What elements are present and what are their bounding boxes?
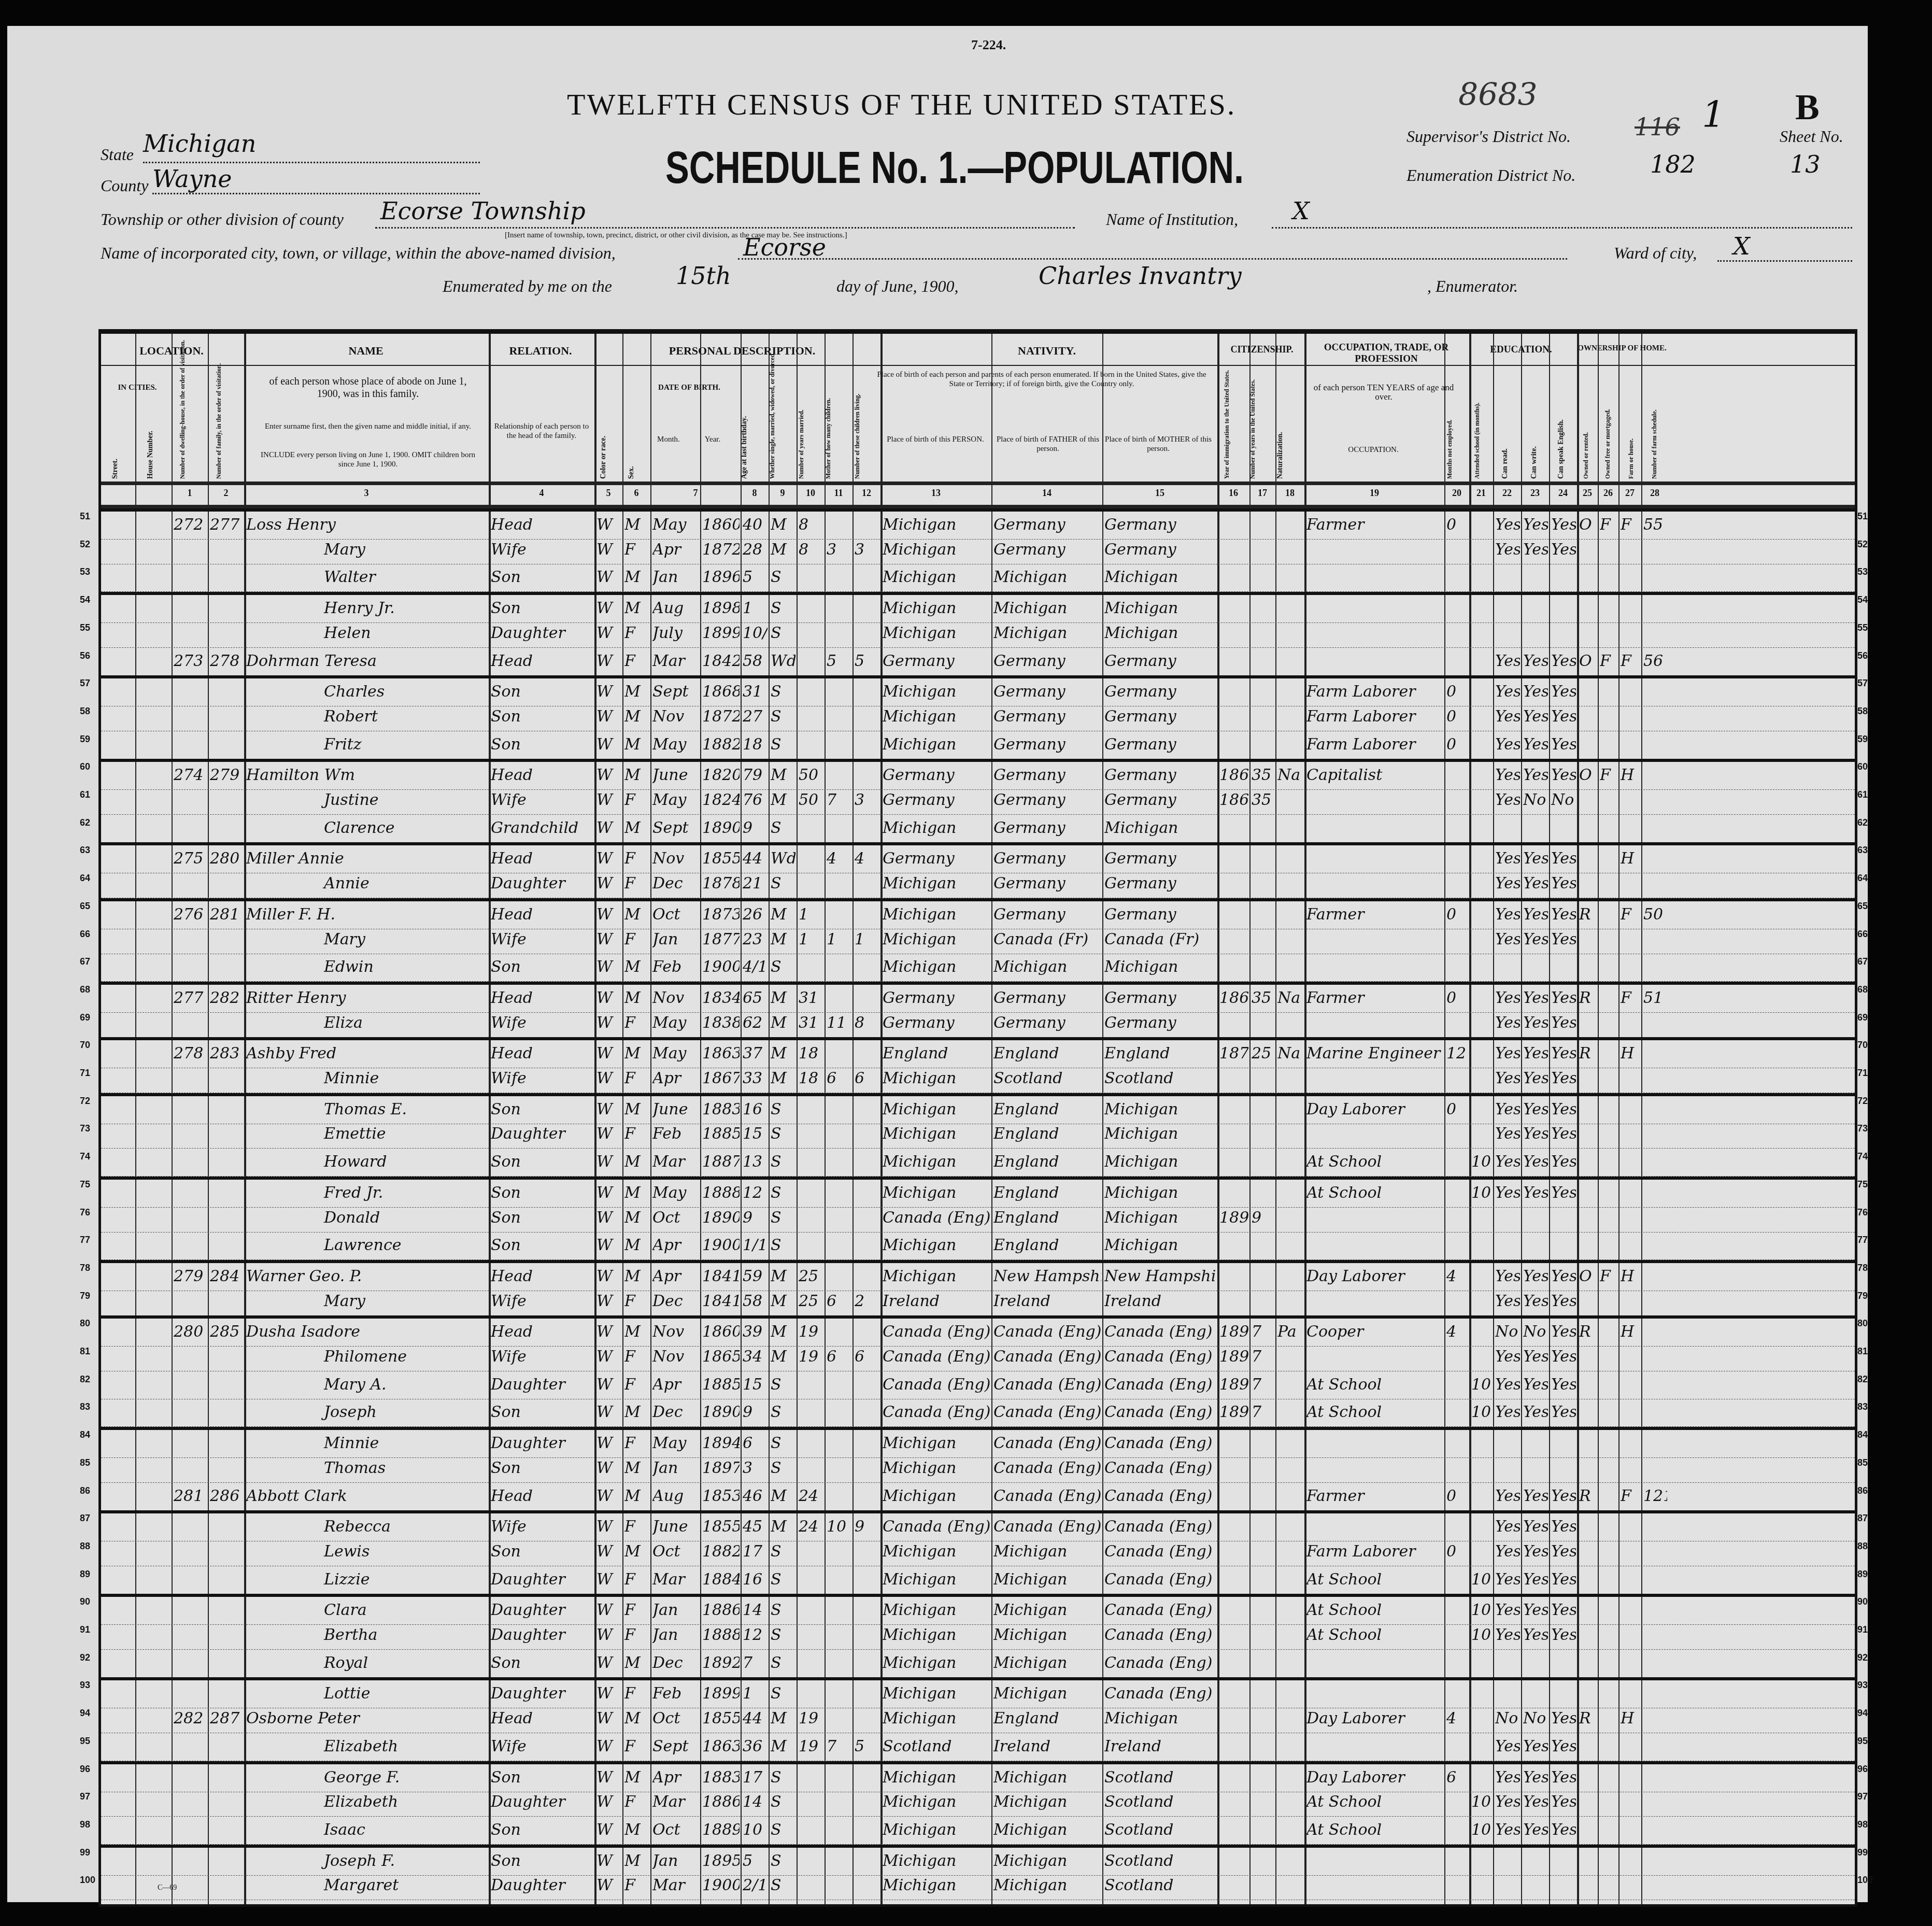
cell-relation: Head — [491, 652, 593, 670]
cell-occupation: At School — [1306, 1793, 1443, 1811]
cell-read: Yes — [1495, 516, 1520, 534]
cell-ym: 50 — [799, 791, 823, 809]
cell-nat: Na — [1277, 1044, 1303, 1063]
cell-read: Yes — [1495, 1184, 1520, 1202]
cell-mother: 7 — [827, 1737, 851, 1755]
table-row: 274279Hamilton WmHeadWMJune182079M50Germ… — [101, 759, 1855, 790]
cell-marital: Wd — [771, 652, 795, 670]
cell-family: 279 — [210, 766, 243, 784]
cell-year: 1900 — [702, 1236, 740, 1254]
cell-color: W — [596, 1209, 621, 1227]
cell-occupation: At School — [1306, 1403, 1443, 1421]
cell-birth: Michigan — [883, 1852, 990, 1870]
table-row: RebeccaWifeWFJune185545M24109Canada (Eng… — [101, 1510, 1855, 1541]
cell-write: Yes — [1523, 766, 1548, 784]
cell-family: 287 — [210, 1709, 243, 1727]
line-number-left: 67 — [80, 956, 90, 967]
cell-mother-birth: Ireland — [1104, 1737, 1216, 1755]
line-number-right: 84 — [1857, 1429, 1868, 1440]
cell-family: 284 — [210, 1267, 243, 1285]
cell-unemp: 0 — [1446, 516, 1468, 534]
cell-own: R — [1579, 1487, 1597, 1505]
cell-living: 5 — [855, 1737, 879, 1755]
in-cities-head: IN CITIES. — [101, 383, 174, 392]
farm-house-head: Farm or house. — [1627, 386, 1635, 479]
cell-birth: Michigan — [883, 1434, 990, 1452]
cell-birth: Michigan — [883, 1570, 990, 1589]
table-row: LottieDaughterWFFeb18991SMichiganMichiga… — [101, 1677, 1855, 1708]
cell-month: May — [652, 791, 699, 809]
cell-month: Jan — [652, 1601, 699, 1619]
cell-father: Canada (Eng) — [993, 1459, 1101, 1477]
cell-father: Michigan — [993, 624, 1101, 642]
cell-sex: M — [624, 683, 649, 701]
cell-marital: M — [771, 791, 795, 809]
cell-relation: Wife — [491, 930, 593, 948]
cell-write: Yes — [1523, 1100, 1548, 1118]
cell-month: Nov — [652, 989, 699, 1007]
cell-relation: Wife — [491, 1292, 593, 1310]
cell-marital: S — [771, 1601, 795, 1619]
cell-mother-birth: Germany — [1104, 874, 1216, 893]
cell-unemp: 0 — [1446, 905, 1468, 924]
cell-english: Yes — [1551, 1069, 1576, 1087]
cell-year: 1853 — [702, 1487, 740, 1505]
cell-write: Yes — [1523, 1044, 1548, 1063]
cell-mother-birth: Michigan — [1104, 1125, 1216, 1143]
cell-living: 1 — [855, 930, 879, 948]
cell-sex: M — [624, 1044, 649, 1063]
cell-imm: 1890 — [1219, 1209, 1248, 1227]
supervisor-value: 1 — [1702, 93, 1725, 136]
cell-occupation: Farmer — [1306, 989, 1443, 1007]
cell-color: W — [596, 1292, 621, 1310]
cell-relation: Head — [491, 1267, 593, 1285]
stamp-number: 8683 — [1458, 77, 1538, 113]
line-number-left: 98 — [80, 1819, 90, 1830]
line-number-left: 77 — [80, 1235, 90, 1245]
cell-ym: 1 — [799, 930, 823, 948]
sex-head: Sex. — [628, 453, 636, 479]
column-number: 6 — [622, 488, 650, 499]
cell-relation: Son — [491, 707, 593, 726]
cell-mother: 6 — [827, 1348, 851, 1366]
cell-relation: Daughter — [491, 1793, 593, 1811]
cell-write: Yes — [1523, 1267, 1548, 1285]
cell-year: 1882 — [702, 735, 740, 754]
line-number-left: 57 — [80, 678, 90, 689]
name-description: of each person whose place of abode on J… — [257, 375, 479, 400]
cell-mother-birth: Germany — [1104, 683, 1216, 701]
table-row: ClaraDaughterWFJan188614SMichiganMichiga… — [101, 1594, 1855, 1625]
cell-read: Yes — [1495, 791, 1520, 809]
cell-read: Yes — [1495, 541, 1520, 559]
cell-marital: M — [771, 1267, 795, 1285]
cell-color: W — [596, 1793, 621, 1811]
cell-color: W — [596, 707, 621, 726]
cell-mother-birth: Germany — [1104, 1014, 1216, 1032]
enumerated-mid: day of June, 1900, — [836, 277, 959, 296]
table-row: ThomasSonWMJan18973SMichiganCanada (Eng)… — [101, 1455, 1855, 1483]
cell-living: 8 — [855, 1014, 879, 1032]
birth-person-head: Place of birth of this PERSON. — [878, 435, 992, 444]
cell-own: R — [1579, 1044, 1597, 1063]
line-number-left: 86 — [80, 1485, 90, 1496]
cell-birth: England — [883, 1044, 990, 1063]
cell-age: 36 — [743, 1737, 768, 1755]
enumeration-label: Enumeration District No. — [1407, 166, 1575, 185]
enumerator-name: Charles Invantry — [1039, 262, 1242, 290]
cell-sex: M — [624, 707, 649, 726]
table-row: EmettieDaughterWFFeb188515SMichiganEngla… — [101, 1121, 1855, 1149]
cell-marital: S — [771, 1654, 795, 1672]
cell-sex: M — [624, 1654, 649, 1672]
cell-father: England — [993, 1236, 1101, 1254]
cell-write: Yes — [1523, 1737, 1548, 1755]
cell-sex: F — [624, 1125, 649, 1143]
cell-marital: S — [771, 1459, 795, 1477]
cell-age: 14 — [743, 1601, 768, 1619]
cell-birth: Canada (Eng) — [883, 1376, 990, 1394]
cell-color: W — [596, 683, 621, 701]
cell-year: 1882 — [702, 1542, 740, 1561]
cell-father: Michigan — [993, 1601, 1101, 1619]
cell-marital: S — [771, 568, 795, 586]
cell-occupation: Capitalist — [1306, 766, 1443, 784]
section-nativity: NATIVITY. — [878, 344, 1215, 358]
cell-sex: M — [624, 958, 649, 976]
cell-read: Yes — [1495, 1542, 1520, 1561]
cell-birth: Michigan — [883, 1459, 990, 1477]
cell-father: England — [993, 1184, 1101, 1202]
cell-color: W — [596, 1014, 621, 1032]
column-number: 16 — [1217, 488, 1249, 499]
cell-mother-birth: Michigan — [1104, 1153, 1216, 1171]
cell-sex: F — [624, 874, 649, 893]
cell-age: 23 — [743, 930, 768, 948]
cell-age: 6 — [743, 1434, 768, 1452]
cell-month: Jan — [652, 1459, 699, 1477]
line-number-right: 86 — [1857, 1485, 1868, 1496]
cell-month: Feb — [652, 1684, 699, 1703]
can-write-head: Can write. — [1530, 427, 1539, 479]
line-number-right: 88 — [1857, 1541, 1868, 1552]
table-row: HowardSonWMMar188713SMichiganEnglandMich… — [101, 1149, 1855, 1177]
cell-marital: S — [771, 1153, 795, 1171]
cell-occupation: At School — [1306, 1570, 1443, 1589]
cell-mother-birth: Canada (Fr) — [1104, 930, 1216, 948]
cell-relation: Son — [491, 1459, 593, 1477]
cell-color: W — [596, 1434, 621, 1452]
cell-birth: Michigan — [883, 568, 990, 586]
cell-mother-birth: Michigan — [1104, 568, 1216, 586]
cell-write: Yes — [1523, 1542, 1548, 1561]
line-number-right: 73 — [1857, 1123, 1868, 1134]
cell-english: Yes — [1551, 1184, 1576, 1202]
cell-write: Yes — [1523, 516, 1548, 534]
cell-sex: M — [624, 1236, 649, 1254]
cell-read: Yes — [1495, 989, 1520, 1007]
cell-age: 2/12 — [743, 1876, 768, 1894]
header-rule — [101, 365, 1855, 366]
cell-read: Yes — [1495, 735, 1520, 754]
footer-code: C—69 — [158, 1884, 177, 1892]
cell-ym: 18 — [799, 1044, 823, 1063]
cell-read: Yes — [1495, 1292, 1520, 1310]
cell-relation: Son — [491, 1852, 593, 1870]
cell-read: Yes — [1495, 849, 1520, 868]
cell-father: Germany — [993, 735, 1101, 754]
cell-unemp: 0 — [1446, 1542, 1468, 1561]
cell-birth: Michigan — [883, 1821, 990, 1839]
line-number-left: 91 — [80, 1624, 90, 1635]
line-number-left: 76 — [80, 1207, 90, 1218]
cell-mother-birth: Germany — [1104, 707, 1216, 726]
cell-sched: 55 — [1643, 516, 1667, 534]
column-number: 23 — [1521, 488, 1549, 499]
cell-marital: S — [771, 1570, 795, 1589]
line-number-left: 54 — [80, 594, 90, 605]
cell-age: 16 — [743, 1100, 768, 1118]
line-number-left: 65 — [80, 901, 90, 912]
cell-birth: Michigan — [883, 1684, 990, 1703]
table-row: ElizabethDaughterWFMar188614SMichiganMic… — [101, 1789, 1855, 1817]
cell-sex: F — [624, 1014, 649, 1032]
cell-month: Dec — [652, 1292, 699, 1310]
cell-sex: M — [624, 819, 649, 837]
cell-month: Apr — [652, 541, 699, 559]
cell-marital: M — [771, 1737, 795, 1755]
cell-color: W — [596, 1709, 621, 1727]
cell-relation: Son — [491, 958, 593, 976]
owned-rented-head: Owned or rented. — [1582, 386, 1590, 479]
city-line — [738, 258, 1567, 260]
cell-age: 58 — [743, 652, 768, 670]
children-living-head: Number of these children living. — [854, 375, 861, 479]
table-row: 279284Warner Geo. P.HeadWMApr184159M25Mi… — [101, 1260, 1855, 1291]
column-number: 21 — [1469, 488, 1493, 499]
line-number-left: 95 — [80, 1736, 90, 1747]
cell-family: 281 — [210, 905, 243, 924]
line-number-right: 98 — [1857, 1819, 1868, 1830]
cell-year: 1877 — [702, 930, 740, 948]
cell-month: Mar — [652, 1153, 699, 1171]
cell-english: Yes — [1551, 1570, 1576, 1589]
supervisor-label: Supervisor's District No. — [1407, 127, 1571, 146]
birth-mother-head: Place of birth of MOTHER of this person. — [1104, 435, 1213, 454]
cell-color: W — [596, 791, 621, 809]
cell-free: F — [1600, 766, 1617, 784]
cell-english: Yes — [1551, 1737, 1576, 1755]
cell-relation: Wife — [491, 1348, 593, 1366]
cell-father: England — [993, 1209, 1101, 1227]
cell-year: 1873 — [702, 905, 740, 924]
table-row: FritzSonWMMay188218SMichiganGermanyGerma… — [101, 731, 1855, 759]
cell-sex: F — [624, 1348, 649, 1366]
cell-birth: Michigan — [883, 599, 990, 617]
cell-year: 1878 — [702, 874, 740, 893]
cell-marital: S — [771, 1376, 795, 1394]
cell-sex: F — [624, 541, 649, 559]
cell-own: R — [1579, 989, 1597, 1007]
cell-sex: M — [624, 1487, 649, 1505]
line-number-left: 72 — [80, 1096, 90, 1107]
cell-color: W — [596, 1487, 621, 1505]
cell-age: 5 — [743, 568, 768, 586]
cell-sex: M — [624, 516, 649, 534]
cell-marital: M — [771, 1292, 795, 1310]
cell-age: 65 — [743, 989, 768, 1007]
cell-sched: 50 — [1643, 905, 1667, 924]
cell-marital: S — [771, 1434, 795, 1452]
cell-year: 1855 — [702, 1518, 740, 1536]
line-number-right: 79 — [1857, 1291, 1868, 1301]
cell-color: W — [596, 568, 621, 586]
cell-age: 12 — [743, 1626, 768, 1644]
cell-birth: Michigan — [883, 1153, 990, 1171]
cell-sex: F — [624, 849, 649, 868]
line-number-right: 70 — [1857, 1040, 1868, 1051]
cell-family: 285 — [210, 1323, 243, 1341]
cell-father: Michigan — [993, 1626, 1101, 1644]
cell-school: 10 — [1471, 1570, 1492, 1589]
cell-relation: Son — [491, 683, 593, 701]
table-row: 278283Ashby FredHeadWMMay186337M18Englan… — [101, 1037, 1855, 1068]
cell-age: 27 — [743, 707, 768, 726]
cell-birth: Michigan — [883, 707, 990, 726]
cell-write: Yes — [1523, 1518, 1548, 1536]
cell-year: 1834 — [702, 989, 740, 1007]
line-number-right: 92 — [1857, 1652, 1868, 1663]
table-row: DonaldSonWMOct18909SCanada (Eng)EnglandM… — [101, 1205, 1855, 1233]
cell-ym: 25 — [799, 1267, 823, 1285]
table-row: MinnieWifeWFApr186733M1866MichiganScotla… — [101, 1065, 1855, 1093]
population-table: LOCATION. NAME RELATION. PERSONAL DESCRI… — [98, 329, 1857, 1907]
cell-sched: 51 — [1643, 989, 1667, 1007]
cell-month: Dec — [652, 874, 699, 893]
table-row: Joseph F.SonWMJan18955SMichiganMichiganS… — [101, 1845, 1855, 1876]
cell-marital: M — [771, 989, 795, 1007]
column-number: 3 — [244, 488, 489, 499]
cell-english: Yes — [1551, 1768, 1576, 1787]
ward-label: Ward of city, — [1614, 244, 1697, 263]
cell-birth: Michigan — [883, 1069, 990, 1087]
cell-marital: M — [771, 1069, 795, 1087]
cell-color: W — [596, 1684, 621, 1703]
cell-read: Yes — [1495, 1821, 1520, 1839]
cell-read: Yes — [1495, 652, 1520, 670]
cell-english: Yes — [1551, 1100, 1576, 1118]
cell-father: Michigan — [993, 1570, 1101, 1589]
cell-dwelling: 281 — [174, 1487, 207, 1505]
township-value: Ecorse Township — [380, 197, 586, 225]
cell-living: 4 — [855, 849, 879, 868]
cell-marital: Wd — [771, 849, 795, 868]
cell-dwelling: 275 — [174, 849, 207, 868]
cell-sex: M — [624, 1184, 649, 1202]
cell-ym: 1 — [799, 905, 823, 924]
cell-relation: Wife — [491, 1069, 593, 1087]
cell-read: Yes — [1495, 1518, 1520, 1536]
table-row: LawrenceSonWMApr19001/12SMichiganEngland… — [101, 1232, 1855, 1260]
cell-family: 283 — [210, 1044, 243, 1063]
name-include-note: INCLUDE every person living on June 1, 1… — [257, 450, 479, 469]
cell-occupation: At School — [1306, 1601, 1443, 1619]
cell-color: W — [596, 1069, 621, 1087]
cell-mother-birth: Germany — [1104, 989, 1216, 1007]
cell-age: 3 — [743, 1459, 768, 1477]
cell-mother-birth: Canada (Eng) — [1104, 1376, 1216, 1394]
county-value: Wayne — [152, 165, 232, 193]
cell-father: Michigan — [993, 1852, 1101, 1870]
cell-write: Yes — [1523, 874, 1548, 893]
cell-yrs: 7 — [1252, 1403, 1274, 1421]
cell-write: Yes — [1523, 1601, 1548, 1619]
line-number-left: 70 — [80, 1040, 90, 1051]
cell-father: Canada (Eng) — [993, 1403, 1101, 1421]
line-number-left: 92 — [80, 1652, 90, 1663]
cell-birth: Michigan — [883, 958, 990, 976]
cell-school: 10 — [1471, 1403, 1492, 1421]
cell-age: 17 — [743, 1768, 768, 1787]
cell-mother-birth: Canada (Eng) — [1104, 1348, 1216, 1366]
cell-relation: Head — [491, 989, 593, 1007]
cell-sex: F — [624, 1793, 649, 1811]
cell-marital: S — [771, 1125, 795, 1143]
cell-read: Yes — [1495, 1487, 1520, 1505]
table-row: 281286Abbott ClarkHeadWMAug185346M24Mich… — [101, 1483, 1855, 1511]
cell-mother-birth: Germany — [1104, 905, 1216, 924]
cell-color: W — [596, 766, 621, 784]
column-number: 27 — [1618, 488, 1641, 499]
cell-dwelling: 282 — [174, 1709, 207, 1727]
table-row: MaryWifeWFApr187228M833MichiganGermanyGe… — [101, 536, 1855, 564]
cell-birth: Michigan — [883, 516, 990, 534]
cell-unemp: 4 — [1446, 1709, 1468, 1727]
cell-birth: Germany — [883, 766, 990, 784]
cell-color: W — [596, 1876, 621, 1894]
line-number-left: 88 — [80, 1541, 90, 1552]
cell-school: 10 — [1471, 1184, 1492, 1202]
cell-sex: F — [624, 1570, 649, 1589]
line-number-left: 79 — [80, 1291, 90, 1301]
cell-year: 1892 — [702, 1654, 740, 1672]
column-number: 5 — [594, 488, 622, 499]
line-number-right: 87 — [1857, 1513, 1868, 1524]
cell-father: Michigan — [993, 1684, 1101, 1703]
cell-color: W — [596, 1852, 621, 1870]
cell-month: May — [652, 1044, 699, 1063]
cell-name: Miller F. H. — [246, 905, 488, 924]
cell-sex: F — [624, 930, 649, 948]
cell-father: England — [993, 1100, 1101, 1118]
column-number: 13 — [880, 488, 991, 499]
cell-relation: Son — [491, 1768, 593, 1787]
cell-month: Jan — [652, 1626, 699, 1644]
cell-unemp: 0 — [1446, 707, 1468, 726]
owned-free-head: Owned free or mortgaged. — [1604, 370, 1612, 479]
cell-write: Yes — [1523, 989, 1548, 1007]
cell-english: Yes — [1551, 1821, 1576, 1839]
cell-birth: Michigan — [883, 874, 990, 893]
cell-read: Yes — [1495, 1793, 1520, 1811]
cell-birth: Michigan — [883, 1626, 990, 1644]
line-number-left: 94 — [80, 1708, 90, 1719]
cell-father: Germany — [993, 849, 1101, 868]
line-number-right: 89 — [1857, 1569, 1868, 1580]
cell-mother-birth: Michigan — [1104, 1100, 1216, 1118]
cell-read: No — [1495, 1323, 1520, 1341]
